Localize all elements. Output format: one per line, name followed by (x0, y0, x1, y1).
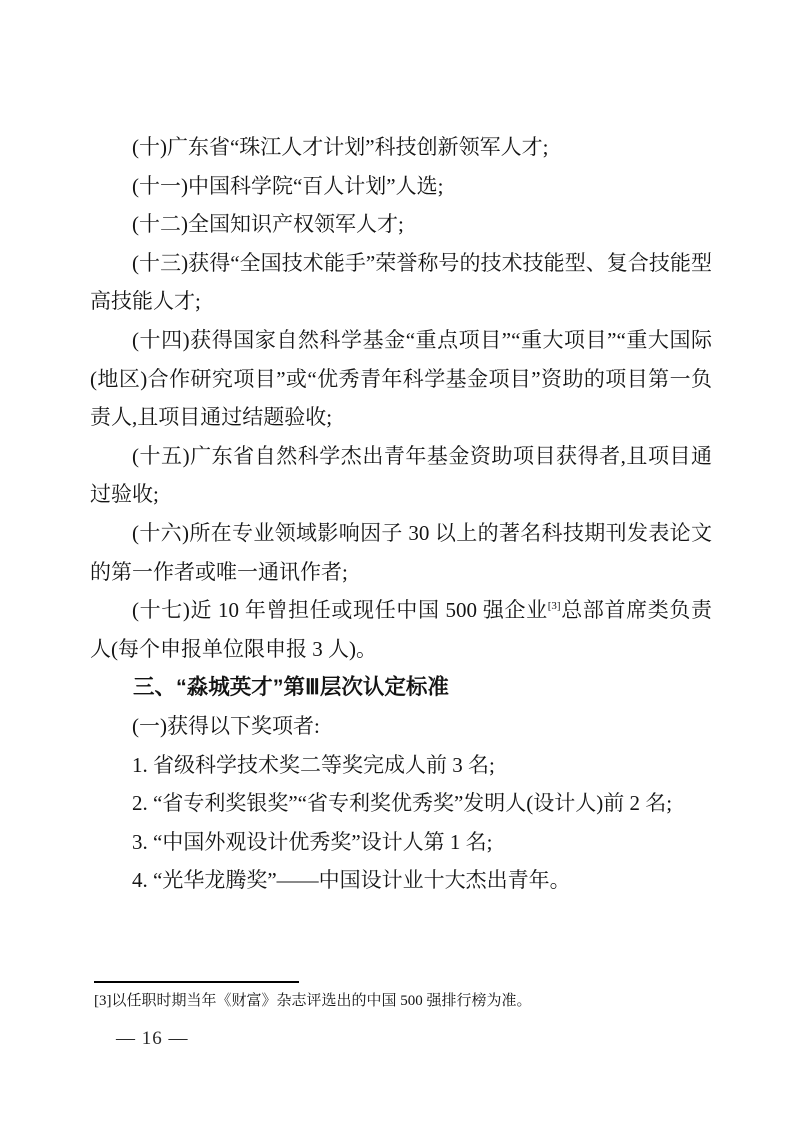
text-segment: (十七)近 10 年曾担任或现任中国 500 强企业 (132, 598, 548, 622)
footnote-marker: [3] (94, 993, 112, 1009)
page-number: — 16 — (116, 1028, 189, 1050)
clause-3-1: (一)获得以下奖项者: (90, 707, 712, 746)
footnote-ref: [3] (548, 600, 561, 612)
document-body: (十)广东省“珠江人才计划”科技创新领军人才;(十一)中国科学院“百人计划”人选… (90, 128, 712, 900)
footnote-separator (94, 981, 299, 983)
clause-14: (十四)获得国家自然科学基金“重点项目”“重大项目”“重大国际(地区)合作研究项… (90, 321, 712, 437)
clause-12: (十二)全国知识产权领军人才; (90, 205, 712, 244)
clause-15: (十五)广东省自然科学杰出青年基金资助项目获得者,且项目通过验收; (90, 437, 712, 514)
footnote-block: [3]以任职时期当年《财富》杂志评选出的中国 500 强排行榜为准。 (94, 981, 716, 1012)
footnote-text: [3]以任职时期当年《财富》杂志评选出的中国 500 强排行榜为准。 (94, 991, 716, 1012)
award-item-4: 4. “光华龙腾奖”——中国设计业十大杰出青年。 (90, 861, 712, 900)
footnote-content: 以任职时期当年《财富》杂志评选出的中国 500 强排行榜为准。 (112, 993, 532, 1009)
clause-17: (十七)近 10 年曾担任或现任中国 500 强企业[3]总部首席类负责人(每个… (90, 591, 712, 668)
clause-13: (十三)获得“全国技术能手”荣誉称号的技术技能型、复合技能型高技能人才; (90, 244, 712, 321)
clause-11: (十一)中国科学院“百人计划”人选; (90, 167, 712, 206)
award-item-1: 1. 省级科学技术奖二等奖完成人前 3 名; (90, 746, 712, 785)
section-3-heading: 三、“淼城英才”第Ⅲ层次认定标准 (90, 668, 712, 707)
clause-10: (十)广东省“珠江人才计划”科技创新领军人才; (90, 128, 712, 167)
award-item-3: 3. “中国外观设计优秀奖”设计人第 1 名; (90, 823, 712, 862)
award-item-2: 2. “省专利奖银奖”“省专利奖优秀奖”发明人(设计人)前 2 名; (90, 784, 712, 823)
document-page: (十)广东省“珠江人才计划”科技创新领军人才;(十一)中国科学院“百人计划”人选… (0, 0, 800, 1138)
clause-16: (十六)所在专业领域影响因子 30 以上的著名科技期刊发表论文的第一作者或唯一通… (90, 514, 712, 591)
